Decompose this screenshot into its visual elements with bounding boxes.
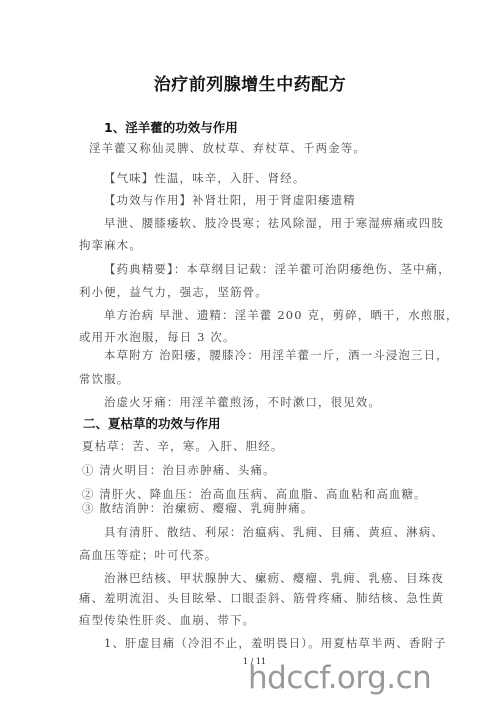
- document-page: 治疗前列腺增生中药配方 1、淫羊藿的功效与作用 淫羊藿又称仙灵脾、放杖草、弃杖草…: [0, 0, 500, 708]
- paragraph-line: 高血压等症；叶可代茶。: [79, 547, 439, 563]
- paragraph-line: 常饮服。: [79, 371, 439, 387]
- paragraph-line: 治虚火牙痛：用淫羊藿煎汤，不时漱口，很见效。: [104, 394, 464, 410]
- paragraph-line: 1、肝虚目痛（冷泪不止，羞明畏日）。用夏枯草半两、香附子: [104, 635, 464, 651]
- paragraph-line: 【药典精要】：本草纲目记载：淫羊藿可治阴痿绝伤、茎中痛，: [104, 261, 464, 277]
- paragraph-line: 单方治病 早泄、遗精：淫羊藿 200 克，剪碎，晒干，水煎服，: [104, 307, 464, 323]
- section-heading-2: 二、夏枯草的功效与作用: [83, 414, 221, 432]
- paragraph-line: 具有清肝、散结、利尿：治瘟病、乳痈、目痛、黄疸、淋病、: [104, 524, 464, 540]
- paragraph-line: 【气味】性温，味辛，入肝、肾经。: [104, 170, 464, 186]
- paragraph-line: 治淋巴结核、甲状腺肿大、瘰疬、瘿瘤、乳痈、乳癌、目珠夜: [104, 570, 464, 586]
- paragraph-line: 或用开水泡服，每日 3 次。: [79, 329, 439, 345]
- watermark: hdccf.org.cn: [248, 660, 431, 696]
- paragraph-line: 利小便，益气力，强志，坚筋骨。: [79, 284, 439, 300]
- paragraph-line: 夏枯草：苦、辛，寒。入肝、胆经。: [82, 438, 442, 454]
- paragraph-line: 拘挛麻木。: [79, 237, 439, 253]
- paragraph-line: 痛、羞明流泪、头目眩晕、口眼歪斜、筋骨疼痛、肺结核、急性黄: [79, 590, 439, 606]
- paragraph-line: 疸型传染性肝炎、血崩、带下。: [79, 612, 439, 628]
- paragraph-line: 【功效与作用】补肾壮阳，用于肾虚阳痿遗精: [104, 192, 464, 208]
- paragraph-line: 本草附方 治阳痿，腰膝冷：用淫羊藿一斤，酒一斗浸泡三日，: [104, 347, 464, 363]
- paragraph-line: 淫羊藿又称仙灵脾、放杖草、弃杖草、千两金等。: [89, 140, 449, 156]
- paragraph-line: 早泄、腰膝痿软、肢冷畏寒；祛风除湿，用于寒湿痹痛或四肢: [104, 215, 464, 231]
- paragraph-line: ③ 散结消肿：治瘰疬、瘿瘤、乳痈肿痛。: [82, 500, 442, 516]
- document-title: 治疗前列腺增生中药配方: [0, 70, 500, 95]
- section-heading-1: 1、淫羊藿的功效与作用: [104, 118, 238, 136]
- paragraph-line: ① 清火明目：治目赤肿痛、头痛。: [82, 462, 442, 478]
